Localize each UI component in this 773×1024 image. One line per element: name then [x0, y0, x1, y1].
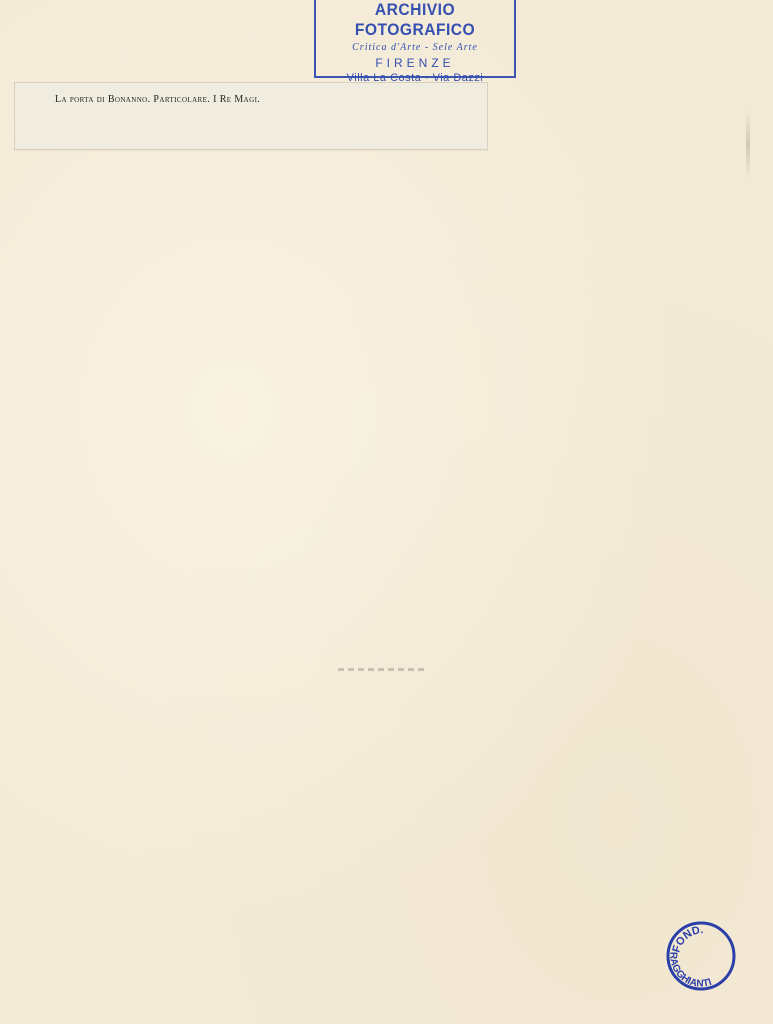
pencil-smudge: [338, 668, 428, 671]
fond-stamp-bottom: RAGGHIANTI: [667, 952, 713, 990]
svg-text:FOND.: FOND.: [670, 924, 703, 954]
archive-stamp: ARCHIVIO FOTOGRAFICO Critica d'Arte - Se…: [314, 0, 516, 78]
archive-stamp-city: FIRENZE: [316, 56, 514, 70]
svg-text:RAGGHIANTI: RAGGHIANTI: [667, 952, 713, 990]
fond-ragghianti-stamp: FOND. RAGGHIANTI: [665, 920, 737, 992]
archive-stamp-title: ARCHIVIO FOTOGRAFICO: [324, 0, 506, 40]
fond-stamp-top: FOND.: [670, 924, 703, 954]
archive-stamp-subtitle: Critica d'Arte - Sele Arte: [316, 42, 514, 53]
caption-text: La porta di Bonanno. Particolare. I Re M…: [55, 94, 260, 105]
caption-label: La porta di Bonanno. Particolare. I Re M…: [14, 82, 488, 150]
edge-mark: [746, 110, 750, 180]
